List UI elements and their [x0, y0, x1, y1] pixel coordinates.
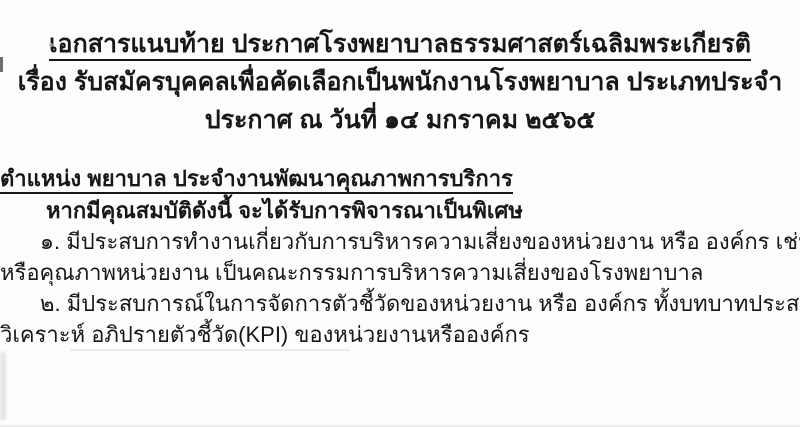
position-heading: ตำแหน่ง พยาบาล ประจำงานพัฒนาคุณภาพการบริ… [0, 166, 513, 194]
document-subject: เรื่อง รับสมัครบุคคลเพื่อคัดเลือกเป็นพนั… [0, 63, 800, 101]
document-date-line: ประกาศ ณ วันที่ ๑๔ มกราคม ๒๕๖๕ [0, 101, 800, 139]
qualification-item-1: ๑. มีประสบการทำงานเกี่ยวกับการบริหารความ… [0, 226, 800, 288]
document-header: เอกสารแนบท้าย ประกาศโรงพยาบาลธรรมศาสตร์เ… [0, 0, 800, 139]
document-body: ตำแหน่ง พยาบาล ประจำงานพัฒนาคุณภาพการบริ… [0, 163, 800, 350]
qualification-intro: หากมีคุณสมบัติดังนี้ จะได้รับการพิจารณาเ… [46, 195, 800, 226]
item-line: หรือคุณภาพหน่วยงาน เป็นคณะกรรมการบริหารค… [0, 257, 800, 288]
position-heading-line: ตำแหน่ง พยาบาล ประจำงานพัฒนาคุณภาพการบริ… [0, 163, 800, 195]
scan-smudge [0, 352, 6, 420]
scan-edge-mark [0, 57, 3, 72]
document-title-line: เอกสารแนบท้าย ประกาศโรงพยาบาลธรรมศาสตร์เ… [0, 25, 800, 63]
document-title: เอกสารแนบท้าย ประกาศโรงพยาบาลธรรมศาสตร์เ… [49, 30, 751, 61]
item-line: ๑. มีประสบการทำงานเกี่ยวกับการบริหารความ… [0, 226, 800, 257]
scan-streak [70, 349, 350, 351]
qualification-item-2: ๒. มีประสบการณ์ในการจัดการตัวชี้วัดของหน… [0, 288, 800, 350]
item-line: วิเคราะห์ อภิปรายตัวชี้วัด(KPI) ของหน่วย… [0, 319, 800, 350]
scanned-document-page: เอกสารแนบท้าย ประกาศโรงพยาบาลธรรมศาสตร์เ… [0, 0, 800, 427]
item-line: ๒. มีประสบการณ์ในการจัดการตัวชี้วัดของหน… [0, 288, 800, 319]
scan-speck [49, 43, 53, 47]
